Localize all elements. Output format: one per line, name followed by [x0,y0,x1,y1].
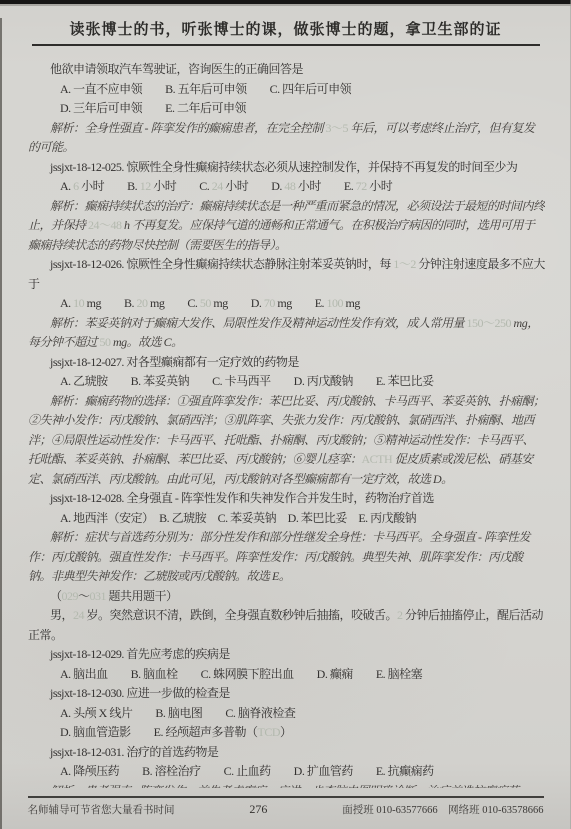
text-segment: mg D. [211,296,264,310]
hidden-answer-text: 1～2 [393,257,416,271]
text-segment: A. 一直不应申领 B. 五年后可申领 C. 四年后可申领 [60,82,351,96]
text-segment: A. 脑出血 B. 脑血栓 C. 蛛网膜下腔出血 D. 癫痫 E. 脑栓塞 [60,667,422,681]
text-segment: ） [280,725,292,739]
header-slogan: 读张博士的书，听张博士的课，做张博士的题，拿卫生部的证 [0,20,571,40]
text-segment: 小时 B. [79,179,140,193]
hidden-answer-text: 031 [90,589,107,603]
footer-row: 名师辅导可节省您大量看书时间 276 面授班 010-63577666 网络班 … [28,802,544,817]
scan-edge-top-shadow [0,4,571,6]
question-line: jssjxt-18-12-030. 应进一步做的检查是 [28,684,545,704]
options-row: A. 一直不应申领 B. 五年后可申领 C. 四年后可申领 [28,80,545,100]
question-line: jssjxt-18-12-026. 惊厥性全身性癫痫持续状态静脉注射苯妥英钠时，… [28,255,545,294]
hidden-answer-text: 150～250 [467,316,512,330]
text-segment: D. 三年后可申领 E. 二年后可申领 [60,101,246,115]
question-line: jssjxt-18-12-027. 对各型癫痫都有一定疗效的药物是 [28,353,545,373]
hidden-answer-text: 3～5 [326,121,349,135]
stem-line: 男，24 岁。突然意识不清，跌倒，全身强直数秒钟后抽搐，咬破舌。2 分钟后抽搐停… [28,606,545,645]
hidden-answer-text: 24～48 [88,218,122,232]
hidden-answer-text: 24 [73,608,84,622]
text-segment: A. [60,296,73,310]
text-segment: 解析：苯妥英钠对于癫痫大发作、局限性发作及精神运动性发作有效，成人常用量 [50,316,467,330]
hidden-answer-text: 72 [356,179,367,193]
text-segment: A. 地西泮（安定） B. 乙琥胺 C. 苯妥英钠 D. 苯巴比妥 E. 丙戊酸… [60,511,416,525]
scanned-book-page: 读张博士的书，听张博士的课，做张博士的题，拿卫生部的证 他欲申请领取汽车驾驶证，… [0,0,571,829]
hidden-answer-text: 24 [212,179,223,193]
hidden-answer-text: ACTH [362,452,393,466]
analysis-line: 解析：癫痫药物的选择：①强直阵挛发作：苯巴比妥、丙戊酸钠、卡马西平、苯妥英钠、扑… [28,392,545,490]
hidden-answer-text: 029 [62,589,79,603]
text-segment: 小时 [367,179,393,193]
text-segment: 岁。突然意识不清，跌倒，全身强直数秒钟后抽搐，咬破舌。 [84,608,397,622]
question-line: jssjxt-18-12-031. 治疗的首选药物是 [28,743,545,763]
text-segment: jssjxt-18-12-025. 惊厥性全身性癫痫持续状态必须从速控制发作，并… [50,160,517,174]
analysis-line: 解析：症状与首选药分别为：部分性发作和部分性继发全身性：卡马西平。全身强直 - … [28,528,545,587]
text-segment: A. 乙琥胺 B. 苯妥英钠 C. 卡马西平 D. 丙戊酸钠 E. 苯巴比妥 [60,374,434,388]
options-row: A. 脑出血 B. 脑血栓 C. 蛛网膜下腔出血 D. 癫痫 E. 脑栓塞 [28,665,545,685]
hidden-answer-text: 48 [284,179,295,193]
text-segment: ～ [78,589,90,603]
text-line: 他欲申请领取汽车驾驶证，咨询医生的正确回答是 [28,60,545,80]
analysis-line: 解析：全身性强直 - 阵挛发作的癫痫患者，在完全控制 3～5 年后，可以考虑终止… [28,119,545,158]
hidden-answer-text: 50 [200,296,211,310]
question-line: jssjxt-18-12-025. 惊厥性全身性癫痫持续状态必须从速控制发作，并… [28,158,545,178]
text-segment: D. 脑血管造影 E. 经颅超声多普勒（ [60,725,258,739]
text-segment: jssjxt-18-12-027. 对各型癫痫都有一定疗效的药物是 [50,355,299,369]
text-segment: （ [50,589,62,603]
text-segment: 小时 C. [151,179,212,193]
options-row: A. 10 mg B. 20 mg C. 50 mg D. 70 mg E. 1… [28,294,545,314]
text-segment: 男， [50,608,73,622]
question-line: jssjxt-18-12-029. 首先应考虑的疾病是 [28,645,545,665]
text-segment: 题共用题干） [106,589,178,603]
stem-line: （029～031 题共用题干） [28,587,545,607]
hidden-answer-text: 20 [137,296,148,310]
hidden-answer-text: 50 [100,335,111,349]
text-segment: mg E. [275,296,327,310]
options-row: A. 地西泮（安定） B. 乙琥胺 C. 苯妥英钠 D. 苯巴比妥 E. 丙戊酸… [28,509,545,529]
options-row: A. 6 小时 B. 12 小时 C. 24 小时 D. 48 小时 E. 72… [28,177,545,197]
hidden-answer-text: 10 [73,296,84,310]
text-segment: mg C. [148,296,200,310]
options-row: A. 降颅压药 B. 溶栓治疗 C. 止血药 D. 扩血管药 E. 抗癫痫药 [28,762,545,782]
page-header: 读张博士的书，听张博士的课，做张博士的题，拿卫生部的证 [0,20,571,46]
text-segment: mg B. [84,296,136,310]
footer-contact: 面授班 010-63577666 网络班 010-63578666 [342,802,543,817]
options-row: D. 三年后可申领 E. 二年后可申领 [28,99,545,119]
text-segment: jssjxt-18-12-026. 惊厥性全身性癫痫持续状态静脉注射苯妥英钠时，… [50,257,393,271]
options-row: A. 乙琥胺 B. 苯妥英钠 C. 卡马西平 D. 丙戊酸钠 E. 苯巴比妥 [28,372,545,392]
text-segment: 小时 E. [295,179,355,193]
text-segment: 解析：患者强直 - 阵挛发作，首先考虑癫痫，应进一步查脑电图明确诊断、治疗首选抗… [50,784,530,789]
page-footer: 名师辅导可节省您大量看书时间 276 面授班 010-63577666 网络班 … [0,796,571,817]
hidden-answer-text: 70 [264,296,275,310]
text-segment: jssjxt-18-12-029. 首先应考虑的疾病是 [50,647,230,661]
page-body: 他欲申请领取汽车驾驶证，咨询医生的正确回答是A. 一直不应申领 B. 五年后可申… [28,60,545,788]
text-segment: jssjxt-18-12-028. 全身强直 - 阵挛性发作和失神发作合并发生时… [50,491,434,505]
text-segment: mg [343,296,360,310]
text-segment: jssjxt-18-12-031. 治疗的首选药物是 [50,745,218,759]
footer-slogan: 名师辅导可节省您大量看书时间 [28,802,175,817]
scan-edge-left [0,18,2,829]
text-segment: 解析：全身性强直 - 阵挛发作的癫痫患者，在完全控制 [50,121,326,135]
text-segment: 解析：症状与首选药分别为：部分性发作和部分性继发全身性：卡马西平。全身强直 - … [28,530,530,583]
text-segment: mg。故选 C。 [111,335,183,349]
footer-rule [28,796,544,798]
text-segment: A. 降颅压药 B. 溶栓治疗 C. 止血药 D. 扩血管药 E. 抗癫痫药 [60,764,434,778]
analysis-line: 解析：癫痫持续状态的治疗：癫痫持续状态是一种严重而紧急的情况，必须设法于最短的时… [28,197,545,256]
text-segment: A. [60,179,73,193]
header-rule [32,44,540,46]
hidden-answer-text: 100 [327,296,344,310]
analysis-line: 解析：苯妥英钠对于癫痫大发作、局限性发作及精神运动性发作有效，成人常用量 150… [28,314,545,353]
question-line: jssjxt-18-12-028. 全身强直 - 阵挛性发作和失神发作合并发生时… [28,489,545,509]
text-segment: jssjxt-18-12-030. 应进一步做的检查是 [50,686,230,700]
hidden-answer-text: TCD [258,725,281,739]
options-row: A. 头颅 X 线片 B. 脑电图 C. 脑脊液检查 [28,704,545,724]
text-segment: 他欲申请领取汽车驾驶证，咨询医生的正确回答是 [50,62,303,76]
text-segment: 小时 D. [223,179,285,193]
text-segment: A. 头颅 X 线片 B. 脑电图 C. 脑脊液检查 [60,706,295,720]
options-row: D. 脑血管造影 E. 经颅超声多普勒（TCD） [28,723,545,743]
page-number: 276 [175,802,343,817]
analysis-line: 解析：患者强直 - 阵挛发作，首先考虑癫痫，应进一步查脑电图明确诊断、治疗首选抗… [28,782,545,789]
hidden-answer-text: 12 [140,179,151,193]
